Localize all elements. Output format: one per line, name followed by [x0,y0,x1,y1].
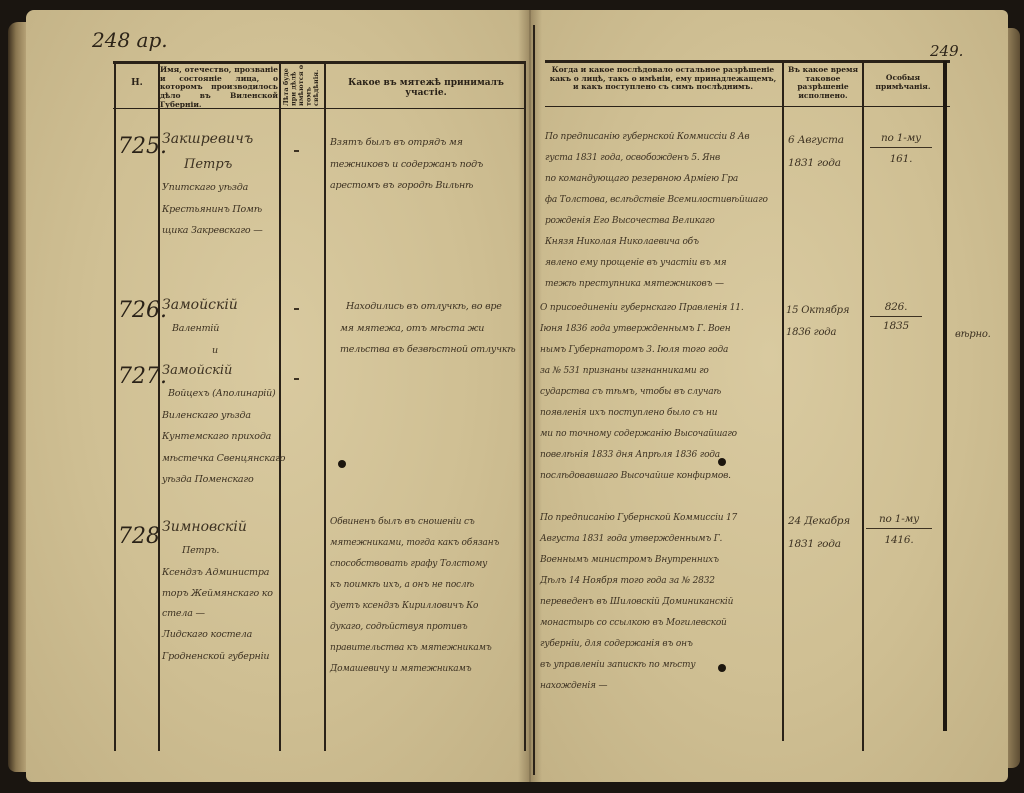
name-line: Кунтемскаго прихода [162,432,280,442]
name-line: Зимновскій [162,520,280,534]
tick-mark [294,150,299,152]
entry-number: 728 [118,526,160,548]
name-line: Гродненской губерніи [162,652,280,662]
resolution-line: Князя Николая Николаевича объ [545,238,781,247]
entry-participation: Находились въ отлучкѣ, во вре мя мятежа,… [340,302,524,367]
entry-name: Замойскій Валентій и [162,298,280,367]
col-divider-years [324,61,326,751]
participation-line: тежниковъ и содержанъ подъ [330,160,524,170]
right-page-number: 249. [930,42,963,60]
header-resolution: Когда и какое послѣдовало остальное разр… [546,66,780,92]
name-line: Лидскаго костела [162,630,280,640]
entry-number: 726. [118,300,167,322]
entry-notes-reference: по 1-му 161. [870,133,932,164]
header-years: Лѣта буде при дѣлѣ имѣются о томъ свѣдѣн… [283,64,321,106]
resolution-line: явлено ему прощеніе въ участіи въ мя [545,259,781,268]
right-header-bottom-rule [545,106,950,107]
entry-resolution: По предписанію Губернской Коммиссіи 17 А… [540,514,782,703]
executed-line: 1831 года [788,158,860,169]
name-line: Валентій [162,324,280,334]
notes-ref-bottom: 161. [870,148,932,165]
executed-line: 1836 года [786,328,860,338]
resolution-line: по командующаго резервною Арміею Гра [545,175,781,184]
name-line: Ксендзъ Администра [162,568,280,578]
resolution-line: въ управленіи запискѣ по мѣсту [540,661,782,670]
col-divider-number [158,61,160,751]
notes-ref-bottom: 1835 [870,317,922,332]
name-line: Петръ. [162,546,280,556]
entry-executed: 6 Августа 1831 года [788,135,860,180]
participation-line: способствовать графу Толстому [330,560,524,569]
name-line: уѣзда Поменскаго [162,475,280,485]
entry-name: Замойскій Войцехъ (Аполинарій) Виленскаг… [162,364,280,497]
resolution-line: рожденія Его Высочества Великаго [545,217,781,226]
resolution-line: за № 531 признаны изгнанниками го [540,367,782,376]
tick-mark [294,308,299,310]
resolution-line: Августа 1831 года утвержденнымъ Г. [540,535,782,544]
resolution-line: губерніи, для содержанія въ онъ [540,640,782,649]
resolution-line: нымъ Губернаторомъ 3. Іюля того года [540,346,782,355]
resolution-line: О присоединеніи губернскаго Правленія 11… [540,304,782,313]
participation-line: тельства въ безвѣстной отлучкѣ [340,345,524,355]
name-line: торъ Жеймянскаго ко [162,589,280,599]
resolution-line: тежѣ преступника мятежниковъ — [545,280,781,289]
notes-ref-bottom: 1416. [866,529,932,546]
ink-blot [718,458,726,466]
name-line: Замойскій [162,298,280,312]
entry-executed: 24 Декабря 1831 года [788,516,862,561]
participation-line: Домашевичу и мятежникамъ [330,665,524,674]
name-line: Войцехъ (Аполинарій) [162,389,280,399]
resolution-line: По предписанію губернской Коммиссіи 8 Ав [545,133,781,142]
header-participation: Какое въ мятежѣ принималъ участіе. [328,78,524,99]
entry-number: 725. [118,136,167,158]
entry-resolution: По предписанію губернской Коммиссіи 8 Ав… [545,133,781,301]
right-table-top-rule [545,60,950,63]
resolution-line: Дѣлъ 14 Ноября того года за № 2832 [540,577,782,586]
col-divider-executed [862,61,864,751]
resolution-line: густа 1831 года, освобожденъ 5. Янв [545,154,781,163]
executed-line: 1831 года [788,539,862,550]
notes-ref-top: по 1-му [866,514,932,529]
entry-participation: Взятъ былъ въ отрядъ мя тежниковъ и соде… [330,138,524,203]
left-page-number: 248 ар. [92,28,168,52]
resolution-line: повелѣнія 1833 дня Апрѣля 1836 года [540,451,782,460]
name-line: Виленскаго уѣзда [162,411,280,421]
name-line: Петръ [162,158,280,171]
participation-line: мя мятежа, отъ мѣста жи [340,324,524,334]
resolution-line: фа Толстова, вслѣдствіе Всемилостивѣйшаг… [545,196,781,205]
resolution-line: Іюня 1836 года утвержденнымъ Г. Воен [540,325,782,334]
col-divider-resolution [782,61,784,741]
right-inner-rule [533,25,535,775]
resolution-line: ми по точному содержанію Высочайшаго [540,430,782,439]
resolution-line: нахожденія — [540,682,782,691]
name-line: Замойскій [162,364,280,377]
entry-notes-reference: по 1-му 1416. [866,514,932,545]
resolution-line: Военнымъ министромъ Внутреннихъ [540,556,782,565]
name-line: Закшревичъ [162,132,280,146]
col-divider-participation [524,61,526,751]
resolution-line: послѣдовавшаго Высочайше конфирмов. [540,472,782,481]
executed-line: 15 Октября [786,306,860,316]
participation-line: Обвиненъ былъ въ сношеніи съ [330,518,524,527]
participation-line: арестомъ въ городѣ Вильнѣ [330,181,524,191]
name-line: Упитскаго уѣзда [162,183,280,193]
name-line: и [162,346,280,356]
entry-participation: Обвиненъ былъ въ сношеніи съ мятежниками… [330,518,524,686]
margin-note: вѣрно. [955,330,991,340]
header-number: Н. [116,78,158,88]
resolution-line: сударства съ тѣмъ, чтобы въ случаѣ [540,388,782,397]
entry-name: Закшревичъ Петръ Упитскаго уѣзда Крестья… [162,132,280,248]
entry-resolution: О присоединеніи губернскаго Правленія 11… [540,304,782,493]
name-line: Крестьянинъ Помѣ [162,205,280,215]
ink-blot [718,664,726,672]
participation-line: мятежниками, тогда какъ обязанъ [330,539,524,548]
executed-line: 6 Августа [788,135,860,146]
entry-number: 727. [118,366,167,388]
entry-executed: 15 Октября 1836 года [786,306,860,350]
participation-line: Взятъ былъ въ отрядъ мя [330,138,524,148]
participation-line: дукаго, содѣйствуя противъ [330,623,524,632]
participation-line: къ поимкѣ ихъ, а онъ не послѣ [330,581,524,590]
name-line: щика Закревскаго — [162,226,280,236]
entry-notes-reference: 826. 1835 [870,302,922,331]
executed-line: 24 Декабря [788,516,862,527]
tick-mark [294,378,299,380]
header-executed: Въ какое время таковое разрѣшеніе исполн… [784,66,862,101]
name-line: стела — [162,609,280,619]
resolution-line: переведенъ въ Шиловскій Доминиканскій [540,598,782,607]
resolution-line: появленія ихъ поступлено было съ ни [540,409,782,418]
header-notes: Особыя примѣчанія. [864,74,942,91]
resolution-line: По предписанію Губернской Коммиссіи 17 [540,514,782,523]
header-name: Имя, отечество, прозваніе и состояніе ли… [160,66,278,109]
participation-line: дуетъ ксендзъ Кирилловичъ Ко [330,602,524,611]
notes-ref-top: по 1-му [870,133,932,148]
ink-blot [338,460,346,468]
participation-line: правительства къ мятежникамъ [330,644,524,653]
entry-name: Зимновскій Петръ. Ксендзъ Администра тор… [162,520,280,673]
open-book-spread: 248 ар. 249. Н. Имя, отечество, прозвані… [0,0,1024,793]
left-outer-rule [114,61,116,751]
notes-ref-top: 826. [870,302,922,317]
name-line: мѣстечка Свенцянскаго [162,454,280,464]
resolution-line: монастырь со ссылкою въ Могилевской [540,619,782,628]
participation-line: Находились въ отлучкѣ, во вре [340,302,524,312]
right-outer-thick-rule [943,61,947,731]
